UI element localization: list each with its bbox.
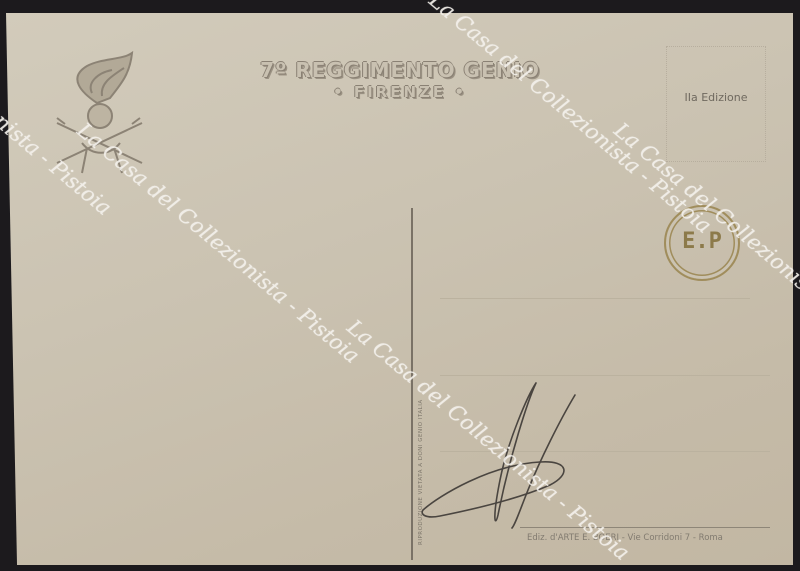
stamp-box: IIa Edizione <box>666 46 766 162</box>
photo-background: 7º REGGIMENTO GENIO • FIRENZE • IIa Ediz… <box>0 0 800 571</box>
edition-label: IIa Edizione <box>667 91 765 104</box>
address-line <box>440 375 770 376</box>
address-line <box>440 298 750 299</box>
